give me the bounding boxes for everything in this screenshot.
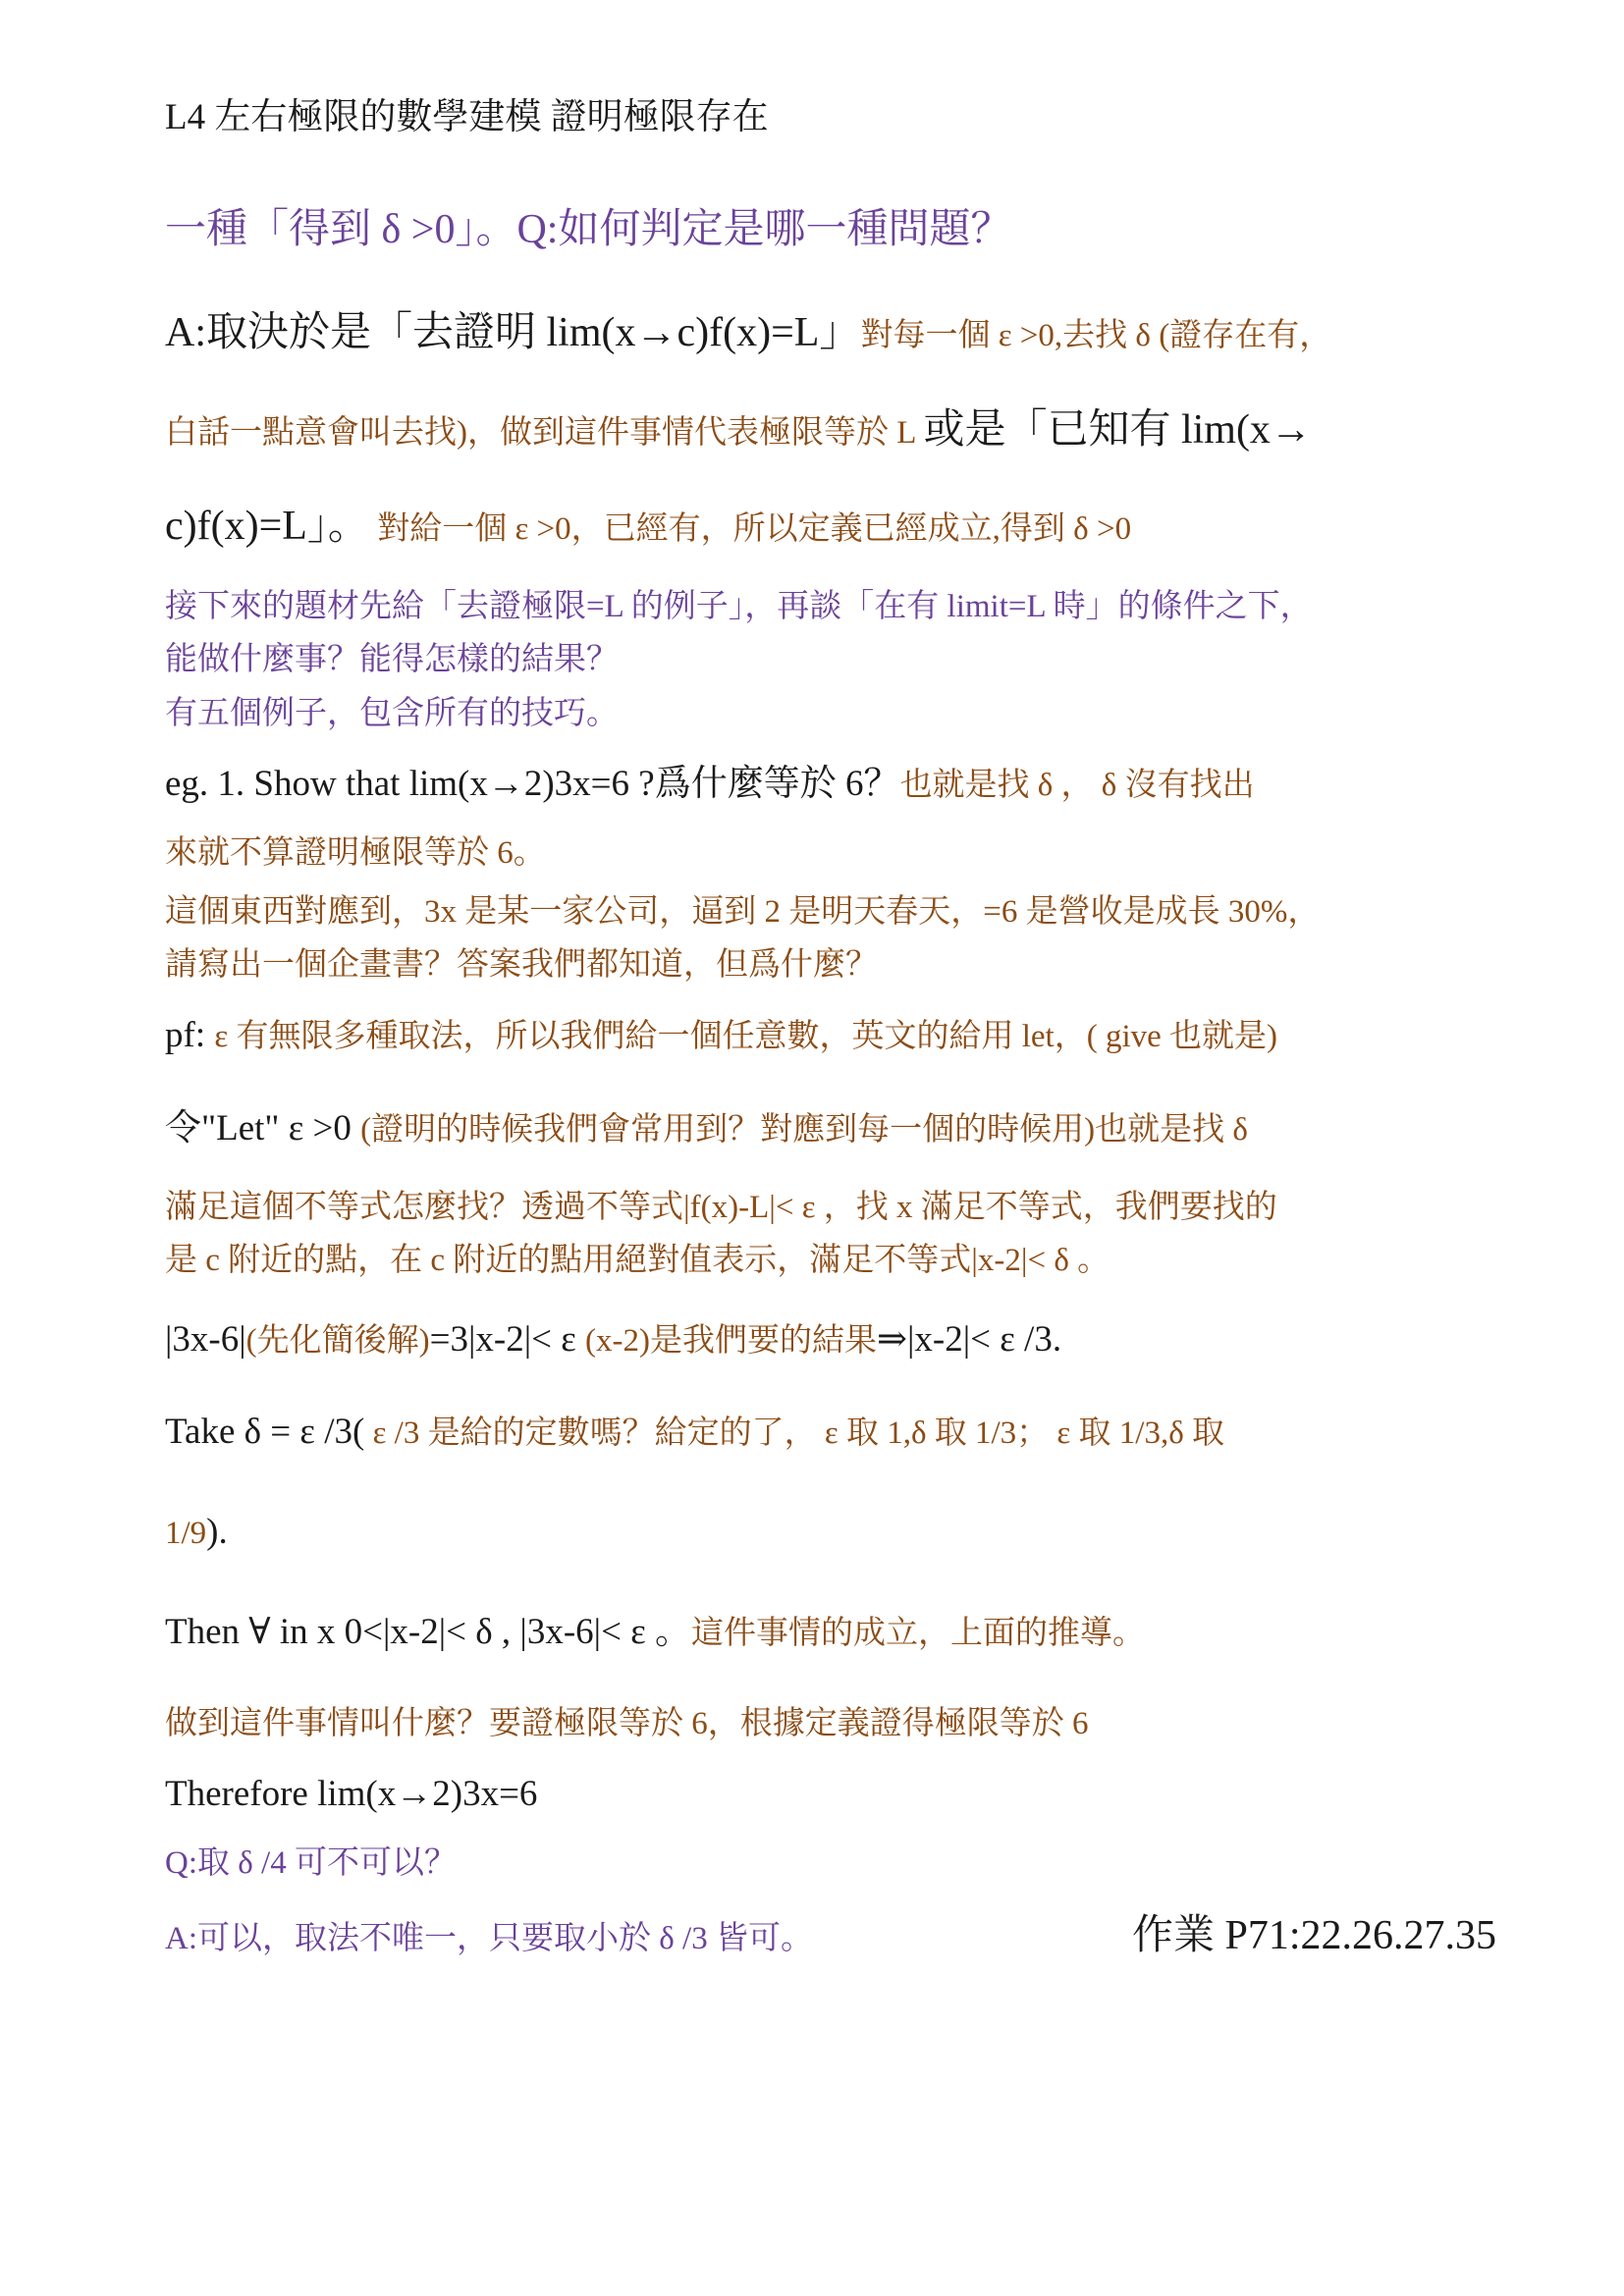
text-segment: eg. 1. Show that lim(x→2)3x=6 ?爲什麼等於 6？: [165, 764, 899, 804]
text-segment: 是 c 附近的點，在 c 附近的點用絕對值表示，滿足不等式|x-2|< δ 。: [165, 1243, 1110, 1278]
final-answer-line: A:可以，取法不唯一，只要取小於 δ /3 皆可。作業 P71:22.26.27…: [165, 1910, 1496, 1962]
text-segment: 做到這件事情叫什麼？要證極限等於 6，根據定義證得極限等於 6: [165, 1706, 1089, 1741]
text-segment: (先化簡後解): [246, 1323, 430, 1359]
text-segment: 白話一點意會叫去找)，做到這件事情代表極限等於 L: [165, 415, 923, 451]
take-line: Take δ = ε /3( ε /3 是給的定數嗎？給定的了， ε 取 1,δ…: [165, 1409, 1496, 1457]
text-segment: 請寫出一個企畫書？答案我們都知道，但爲什麼？: [165, 947, 878, 983]
example-line-1: eg. 1. Show that lim(x→2)3x=6 ?爲什麼等於 6？也…: [165, 761, 1496, 809]
therefore-line: Therefore lim(x→2)3x=6: [165, 1771, 1496, 1819]
text-segment: 一種「得到 δ >0」。Q:如何判定是哪一種問題？: [165, 207, 1011, 252]
conclusion-note-line: 做到這件事情叫什麼？要證極限等於 6，根據定義證得極限等於 6: [165, 1702, 1496, 1747]
text-segment: ε 有無限多種取法，所以我們給一個任意數，英文的給用 let，( give 也就…: [214, 1019, 1277, 1054]
text-segment: ε /3 是給的定數嗎？給定的了， ε 取 1,δ 取 1/3； ε 取 1/3…: [364, 1415, 1224, 1451]
answer-line-3: c)f(x)=L」。 對給一個 ε >0，已經有，所以定義已經成立,得到 δ >…: [165, 501, 1496, 553]
text-segment: 對每一個 ε >0,去找 δ (證存在有，: [860, 318, 1331, 353]
text-segment: Q:取 δ /4 可不可以？: [165, 1845, 457, 1881]
text-segment: 能做什麼事？能得怎樣的結果？: [165, 642, 619, 677]
text-segment: 這個東西對應到，3x 是某一家公司，逼到 2 是明天春天，=6 是營收是成長 3…: [165, 894, 1320, 930]
inequality-line-2: 是 c 附近的點，在 c 附近的點用絕對值表示，滿足不等式|x-2|< δ 。: [165, 1239, 1496, 1284]
plan-line-1: 接下來的題材先給「去證極限=L 的例子」，再談「在有 limit=L 時」的條件…: [165, 585, 1496, 630]
document-page: L4 左右極限的數學建模 證明極限存在一種「得到 δ >0」。Q:如何判定是哪一…: [0, 0, 1624, 2296]
text-segment: A:取決於是「去證明 lim(x→c)f(x)=L」: [165, 310, 860, 355]
text-segment: 滿足這個不等式怎麼找？透過不等式|f(x)-L|< ε ，找 x 滿足不等式，我…: [165, 1190, 1277, 1225]
text-segment: 有五個例子，包含所有的技巧。: [165, 696, 619, 731]
take-line-continued: 1/9).: [165, 1509, 1496, 1557]
let-line: 令"Let" ε >0 (證明的時候我們會常用到？對應到每一個的時候用)也就是找…: [165, 1105, 1496, 1153]
plan-line-3: 有五個例子，包含所有的技巧。: [165, 692, 1496, 737]
text-segment: =3|x-2|< ε: [430, 1319, 585, 1360]
text-segment: 也就是找 δ ， δ 沒有找出: [899, 768, 1254, 803]
text-segment: 或是「已知有 lim(x→: [923, 407, 1312, 453]
text-segment: 來就不算證明極限等於 6。: [165, 835, 546, 871]
text-segment: c)f(x)=L」。: [165, 504, 369, 549]
text-segment: Take δ = ε /3(: [165, 1412, 364, 1452]
text-segment: 對給一個 ε >0，已經有，所以定義已經成立,得到 δ >0: [369, 511, 1131, 547]
text-segment: Then ∀ in x 0<|x-2|< δ , |3x-6|< ε 。: [165, 1612, 691, 1652]
answer-line-1: A:取決於是「去證明 lim(x→c)f(x)=L」對每一個 ε >0,去找 δ…: [165, 307, 1496, 359]
text-segment: 令"Let" ε >0: [165, 1108, 360, 1148]
question-type-line: 一種「得到 δ >0」。Q:如何判定是哪一種問題？: [165, 204, 1496, 256]
text-segment: |3x-6|: [165, 1319, 246, 1360]
analogy-line-2: 請寫出一個企畫書？答案我們都知道，但爲什麼？: [165, 943, 1496, 988]
text-segment: L4 左右極限的數學建模 證明極限存在: [165, 97, 769, 137]
text-segment: (x-2)是我們要的結果: [585, 1323, 877, 1359]
text-segment: (證明的時候我們會常用到？對應到每一個的時候用)也就是找 δ: [360, 1112, 1248, 1148]
document-content: L4 左右極限的數學建模 證明極限存在一種「得到 δ >0」。Q:如何判定是哪一…: [165, 94, 1496, 1961]
text-segment: ).: [206, 1512, 228, 1552]
inequality-line-1: 滿足這個不等式怎麼找？透過不等式|f(x)-L|< ε ，找 x 滿足不等式，我…: [165, 1186, 1496, 1231]
text-segment: A:可以，取法不唯一，只要取小於 δ /3 皆可。: [165, 1917, 813, 1962]
text-segment: 這件事情的成立，上面的推導。: [691, 1616, 1145, 1651]
analogy-line-1: 這個東西對應到，3x 是某一家公司，逼到 2 是明天春天，=6 是營收是成長 3…: [165, 890, 1496, 935]
derivation-line: |3x-6|(先化簡後解)=3|x-2|< ε (x-2)是我們要的結果⇒|x-…: [165, 1316, 1496, 1364]
then-line: Then ∀ in x 0<|x-2|< δ , |3x-6|< ε 。這件事情…: [165, 1609, 1496, 1657]
text-segment: 接下來的題材先給「去證極限=L 的例子」，再談「在有 limit=L 時」的條件…: [165, 589, 1313, 624]
doc-title: L4 左右極限的數學建模 證明極限存在: [165, 94, 1496, 142]
text-segment: ⇒|x-2|< ε /3.: [877, 1319, 1061, 1360]
text-segment: 作業 P71:22.26.27.35: [1132, 1910, 1496, 1962]
text-segment: 1/9: [165, 1516, 206, 1551]
answer-line-2: 白話一點意會叫去找)，做到這件事情代表極限等於 L 或是「已知有 lim(x→: [165, 404, 1496, 456]
plan-line-2: 能做什麼事？能得怎樣的結果？: [165, 638, 1496, 683]
text-segment: Therefore lim(x→2)3x=6: [165, 1774, 537, 1814]
example-line-2: 來就不算證明極限等於 6。: [165, 831, 1496, 877]
final-question-line: Q:取 δ /4 可不可以？: [165, 1842, 1496, 1887]
proof-start-line: pf: ε 有無限多種取法，所以我們給一個任意數，英文的給用 let，( giv…: [165, 1012, 1496, 1060]
text-segment: pf:: [165, 1015, 214, 1055]
